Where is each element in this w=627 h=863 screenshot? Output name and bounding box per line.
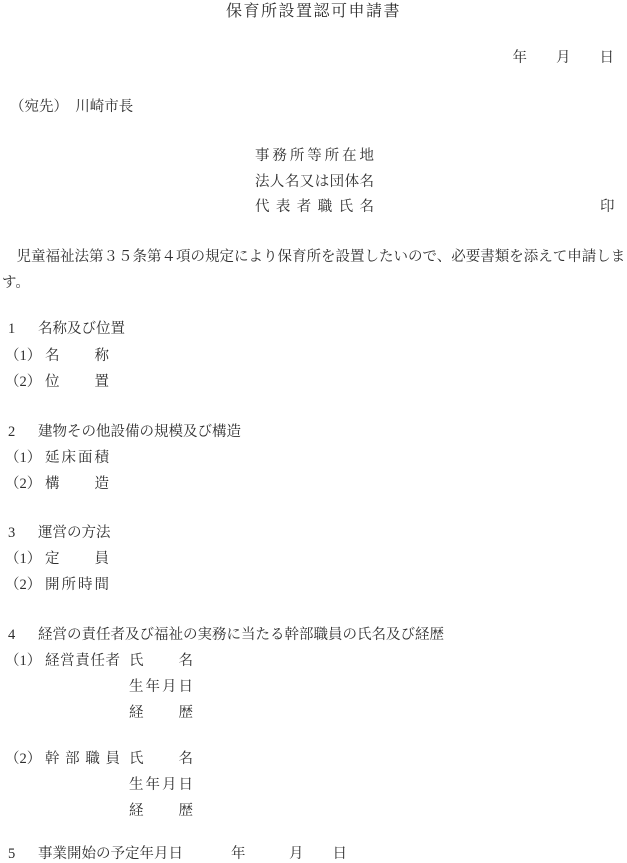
field-birthdate-label: 生年月日 — [129, 678, 193, 696]
item-prefix: （1） — [5, 652, 45, 670]
item-label: 構造 — [45, 475, 109, 493]
section-4-item-2-birthdate: 生年月日 — [129, 776, 193, 794]
item-label: 開所時間 — [45, 576, 109, 594]
item-label: 名称 — [45, 347, 109, 365]
item-prefix: （1） — [5, 449, 45, 467]
item-prefix: （2） — [5, 576, 45, 594]
section-3-header: 3運営の方法 — [8, 524, 111, 542]
item-label: 延床面積 — [45, 449, 109, 467]
recipient-line: （宛先） 川崎市長 — [10, 98, 133, 116]
item-prefix: （2） — [5, 750, 45, 768]
office-address-label: 事務所等所在地 — [255, 147, 374, 165]
section-4-item-1-career: 経歴 — [129, 704, 193, 722]
organization-name-label: 法人名又は団体名 — [255, 173, 374, 191]
section-4-header: 4経営の責任者及び福祉の実務に当たる幹部職員の氏名及び経歴 — [8, 626, 444, 644]
page-title: 保育所設置認可申請書 — [0, 3, 627, 21]
seal-mark: 印 — [600, 198, 615, 216]
section-1-title: 名称及び位置 — [38, 321, 125, 337]
item-prefix: （2） — [5, 373, 45, 391]
section-4-item-1-row: （1）経営責任者氏名 — [5, 652, 193, 670]
section-4-number: 4 — [8, 626, 38, 644]
item-prefix: （1） — [5, 550, 45, 568]
application-form-page: 保育所設置認可申請書 年 月 日 （宛先） 川崎市長 事務所等所在地 法人名又は… — [0, 0, 627, 863]
section-4-item-2-career: 経歴 — [129, 802, 193, 820]
section-5-number: 5 — [8, 845, 38, 863]
representative-name-label: 代表者職氏名 — [255, 198, 374, 216]
section-5-title: 事業開始の予定年月日 — [38, 846, 183, 862]
item-label: 定員 — [45, 550, 109, 568]
section-3-item-2: （2）開所時間 — [5, 576, 109, 594]
role-label: 幹部職員 — [45, 750, 120, 768]
section-2-item-2: （2）構造 — [5, 475, 109, 493]
section-4-title: 経営の責任者及び福祉の実務に当たる幹部職員の氏名及び経歴 — [38, 627, 444, 643]
section-3-number: 3 — [8, 524, 38, 542]
section-1-item-1: （1）名称 — [5, 347, 109, 365]
section-5-header: 5事業開始の予定年月日年 月 日 — [8, 845, 347, 863]
date-field: 年 月 日 — [513, 49, 615, 67]
section-1-number: 1 — [8, 320, 38, 338]
item-prefix: （2） — [5, 475, 45, 493]
section-4-item-1-birthdate: 生年月日 — [129, 678, 193, 696]
section-1-item-2: （2）位置 — [5, 373, 109, 391]
section-2-header: 2建物その他設備の規模及び構造 — [8, 423, 241, 441]
section-2-title: 建物その他設備の規模及び構造 — [38, 424, 241, 440]
body-paragraph-line-2: す。 — [2, 270, 625, 296]
section-2-item-1: （1）延床面積 — [5, 449, 109, 467]
body-paragraph: 児童福祉法第３５条第４項の規定により保育所を設置したいので、必要書類を添えて申請… — [2, 244, 625, 296]
section-1-header: 1名称及び位置 — [8, 320, 125, 338]
section-3-title: 運営の方法 — [38, 525, 111, 541]
body-paragraph-line-1: 児童福祉法第３５条第４項の規定により保育所を設置したいので、必要書類を添えて申請… — [2, 244, 625, 270]
section-3-item-1: （1）定員 — [5, 550, 109, 568]
planned-start-date-field: 年 月 日 — [231, 846, 347, 862]
item-label: 位置 — [45, 373, 109, 391]
field-career-label: 経歴 — [129, 802, 193, 820]
section-2-number: 2 — [8, 423, 38, 441]
field-birthdate-label: 生年月日 — [129, 776, 193, 794]
field-name-label: 氏名 — [129, 750, 193, 768]
applicant-block: 事務所等所在地 法人名又は団体名 代表者職氏名 — [255, 147, 374, 224]
field-name-label: 氏名 — [129, 652, 193, 670]
role-label: 経営責任者 — [45, 652, 120, 670]
item-prefix: （1） — [5, 347, 45, 365]
field-career-label: 経歴 — [129, 704, 193, 722]
section-4-item-2-row: （2）幹部職員氏名 — [5, 750, 193, 768]
